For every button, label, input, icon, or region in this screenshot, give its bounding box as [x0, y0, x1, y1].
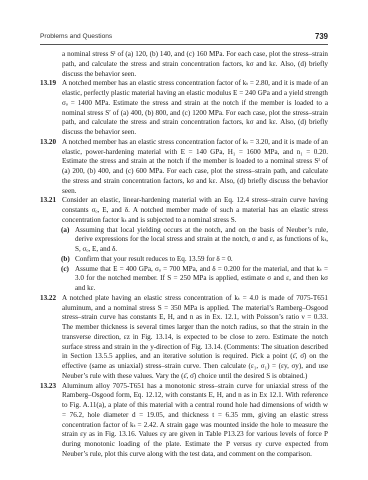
- problem-number: 13.19: [40, 79, 56, 89]
- problem-13-21-part-c: (c) Assume that E = 400 GPa, σₒ = 700 MP…: [40, 265, 328, 294]
- problem-13-23: 13.23 Aluminum alloy 7075-T651 has a mon…: [40, 382, 328, 460]
- continued-problem-text: a nominal stress Sᴵ of (a) 120, (b) 140,…: [40, 50, 328, 79]
- problem-13-21-part-a: (a) Assuming that local yielding occurs …: [40, 226, 328, 255]
- part-text: Assuming that local yielding occurs at t…: [75, 226, 328, 255]
- problem-text: A notched plate having an elastic stress…: [62, 294, 328, 382]
- running-header-title: Problems and Questions: [40, 33, 112, 40]
- problem-13-21-part-b: (b) Confirm that your result reduces to …: [40, 255, 328, 265]
- running-header: Problems and Questions 739: [40, 34, 328, 45]
- problem-number: 13.23: [40, 382, 56, 392]
- part-text: Assume that E = 400 GPa, σₒ = 700 MPa, a…: [75, 265, 328, 294]
- part-label: (c): [61, 265, 69, 275]
- problem-13-20: 13.20 A notched member has an elastic st…: [40, 138, 328, 197]
- page-number: 739: [315, 32, 328, 41]
- problem-number: 13.21: [40, 196, 56, 206]
- part-label: (a): [61, 226, 69, 236]
- part-label: (b): [61, 255, 70, 265]
- problem-text: Consider an elastic, linear-hardening ma…: [62, 196, 328, 225]
- problem-number: 13.20: [40, 138, 56, 148]
- problem-number: 13.22: [40, 294, 56, 304]
- problem-13-22: 13.22 A notched plate having an elastic …: [40, 294, 328, 382]
- problem-text: A notched member has an elastic stress c…: [62, 138, 328, 197]
- problem-text: A notched member has an elastic stress c…: [62, 79, 328, 138]
- part-text: Confirm that your result reduces to Eq. …: [75, 255, 328, 265]
- problem-13-21: 13.21 Consider an elastic, linear-harden…: [40, 196, 328, 225]
- problem-13-19: 13.19 A notched member has an elastic st…: [40, 79, 328, 138]
- page-body: a nominal stress Sᴵ of (a) 120, (b) 140,…: [40, 50, 328, 460]
- problem-text: Aluminum alloy 7075-T651 has a monotonic…: [62, 382, 328, 460]
